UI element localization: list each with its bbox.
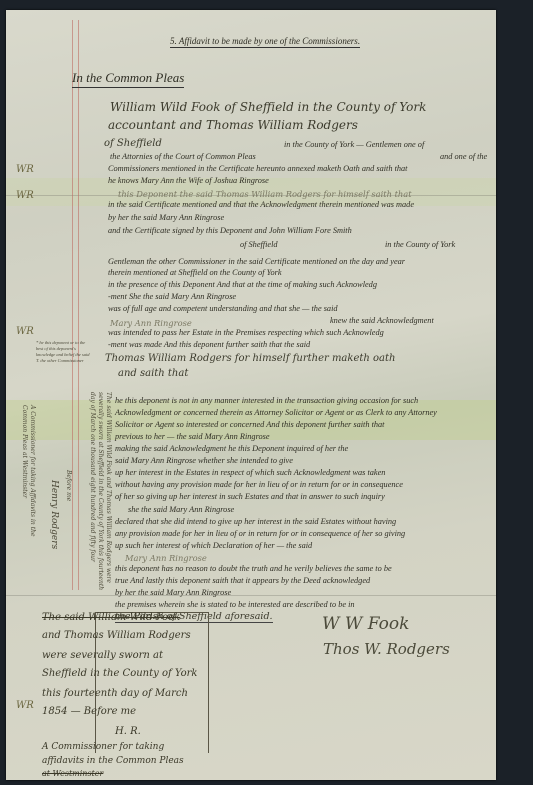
solicitor-line: Solicitor or Agent so interested or conc… [115,420,384,429]
jurat-signer: H. R. [115,726,141,737]
margin-initials: WR [16,326,34,337]
vertical-title: A Commissioner for taking Affidavits in … [20,405,36,545]
presence-line: in the presence of this Deponent And tha… [108,280,377,289]
signature-rodgers: Thos W. Rodgers [323,640,450,658]
county-york: in the County of York [385,240,455,249]
jurat-line: 1854 — Before me [42,706,136,717]
she-line: she the said Mary Ann Ringrose [128,505,234,514]
jurat-line: this fourteenth day of March [42,688,188,699]
premises-line: the premises wherein she is stated to be… [115,600,355,609]
byher-line: by her the said Mary Ann Ringrose [115,588,231,597]
previous-line: previous to her — the said Mary Ann Ring… [115,432,270,441]
court-heading: In the Common Pleas [72,70,184,88]
provision-line: any provision made for her in lieu of or… [115,529,405,538]
jurat-line: affidavits in the Common Pleas [42,756,184,766]
certificate-line: in the said Certificate mentioned and th… [108,200,414,209]
saith-line: and saith that [118,368,188,379]
vertical-jurat: The said William Wild Fook and Thomas Wi… [88,392,112,592]
jurat-line: The said William Wild Fook [42,612,180,623]
ment-line: -ment She the said Mary Ann Ringrose [108,292,236,301]
deponent-line: this Deponent the said Thomas William Ro… [118,189,412,199]
without-line: without having any provision made for he… [115,480,403,489]
of-sheffield: of Sheffield [240,240,278,249]
jurat-line: A Commissioner for taking [42,742,164,752]
upher-line: up her interest in the Estates in respec… [115,468,385,477]
jurat-line: at Westminster [42,769,103,778]
knew-line: knew the said Acknowledgment [330,316,434,325]
fold-line [6,595,496,596]
mary2-line: Mary Ann Ringrose [125,553,207,563]
deponents-line: William Wild Fook of Sheffield in the Co… [110,100,426,114]
signed-line: and the Certificate signed by this Depon… [108,226,352,235]
true-line: true And lastly this deponent saith that… [115,576,370,585]
upsuch-line: up such her interest of which Declaratio… [115,541,312,550]
signature-fook: W W Fook [322,614,409,634]
making-line: making the said Acknowledgment he this D… [115,444,348,453]
said-mary-line: said Mary Ann Ringrose whether she inten… [115,456,293,465]
margin-rule [78,20,79,590]
thomas-line: Thomas William Rodgers for himself furth… [105,353,395,364]
form-header: 5. Affidavit to be made by one of the Co… [170,36,360,48]
declared-line: declared that she did intend to give up … [115,517,396,526]
mary-line: Mary Ann Ringrose [110,318,192,328]
jurat-line: and Thomas William Rodgers [42,630,191,641]
attorneys-line: the Attornies of the Court of Common Ple… [110,152,256,161]
margin-initials: WR [16,190,34,201]
margin-note: * he this deponent or to the best of thi… [36,340,92,364]
place-line: of Sheffield [104,138,162,149]
made-line: -ment was made And this deponent further… [108,340,310,349]
knows-line: he knows Mary Ann the Wife of Joshua Rin… [108,176,269,185]
gentleman-line: Gentleman the other Commissioner in the … [108,257,405,266]
ofher-line: of her so giving up her interest in such… [115,492,385,501]
fullage-line: was of full age and competent understand… [108,304,338,313]
acknowledgment-line: Acknowledgment or concerned therein as A… [115,408,437,417]
commissioners-right: and one of the [440,152,487,161]
margin-rule [72,20,73,590]
commissioners-line: Commissioners mentioned in the Certifica… [108,164,408,173]
reason-line: this deponent has no reason to doubt the… [115,564,392,573]
vertical-before: Before me [64,470,72,501]
margin-initials: WR [16,700,34,711]
interested-line: he this deponent is not in any manner in… [115,396,418,405]
vertical-signature: Henry Rodgers [50,480,58,549]
therein-line: therein mentioned at Sheffield on the Co… [108,268,282,277]
intended-line: was intended to pass her Estate in the P… [108,328,384,337]
jurat-line: were severally sworn at [42,650,163,661]
jurat-line: Sheffield in the County of York [42,668,197,679]
county-line: in the County of York — Gentlemen one of [284,140,424,149]
margin-initials: WR [16,164,34,175]
by-line: by her the said Mary Ann Ringrose [108,213,224,222]
deponents-line: accountant and Thomas William Rodgers [108,118,358,132]
